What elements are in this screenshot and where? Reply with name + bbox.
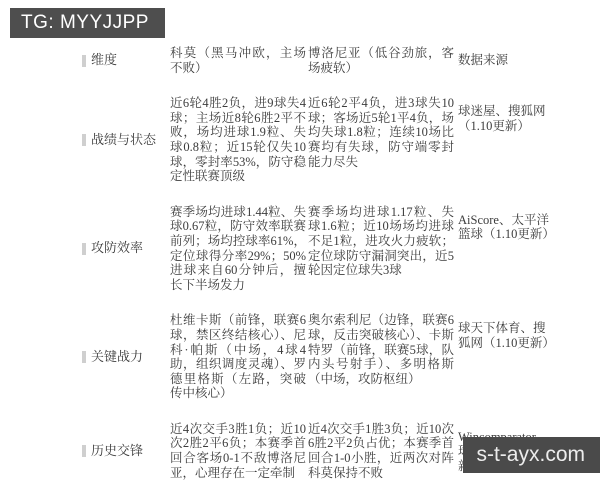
row-label-text: 战绩与状态 [91,133,156,148]
row-marker [82,445,86,457]
column-header-source: 数据来源 [456,53,550,68]
row-marker [82,351,86,363]
cell-source-record-form: 球迷屋、搜狐网（1.10更新） [456,96,550,184]
row-marker [82,55,86,67]
column-header-dimension: 维度 [82,53,168,68]
row-label-attack-defense: 攻防效率 [82,241,168,256]
row-label-text: 关键战力 [91,350,143,365]
comparison-table: 维度 科莫（黑马冲欧，主场不败） 博洛尼亚（低谷劲旅，客场疲软） 数据来源 战绩… [82,46,548,480]
cell-source-attack-defense: AiScore、太平洋篮球（1.10更新） [456,205,550,293]
column-header-como: 科莫（黑马冲欧，主场不败） [170,46,306,75]
cell-bologna-attack-defense: 赛季场均进球1.17粒、失球1.6粒；近10场场均进球不足1粒，进攻火力疲软；定… [308,205,454,293]
column-header-bologna: 博洛尼亚（低谷劲旅，客场疲软） [308,46,454,75]
watermark-text: s-t-ayx.com [476,443,585,467]
tg-badge: TG: MYYJJPP [10,8,165,38]
row-marker [82,243,86,255]
row-label-text: 攻防效率 [91,241,143,256]
row-label-record-form: 战绩与状态 [82,133,168,148]
cell-como-record-form: 近6轮4胜2负，进9球失4球；主场近8轮6胜2平不败，场均进球1.9粒、失球0.… [170,96,306,184]
page: { "badge": { "text": "TG: MYYJJPP" }, "w… [0,0,600,480]
cell-como-key-players: 杜维卡斯（前锋，联赛6球，禁区终结核心）、尼科·帕斯（中场，4球4助，组织调度灵… [170,313,306,401]
cell-bologna-key-players: 奥尔索利尼（边锋，联赛6球，反击突破核心）、卡斯特罗（前锋，联赛5球，队内头号射… [308,313,454,401]
cell-source-key-players: 球天下体育、搜狐网（1.10更新） [456,313,550,401]
column-header-dimension-label: 维度 [91,53,117,68]
cell-bologna-head-to-head: 近4次交手1胜3负；近10次6胜2平2负占优；本赛季首回合1-0小胜，近两次对阵… [308,422,454,480]
row-label-head-to-head: 历史交锋 [82,444,168,459]
cell-como-head-to-head: 近4次交手3胜1负；近10次2胜2平6负；本赛季首回合客场0-1不敌博洛尼亚，心… [170,422,306,480]
watermark-badge: s-t-ayx.com [463,437,600,473]
cell-bologna-record-form: 近6轮2平4负，进3球失10球；客场近5轮1平4负，场均失球1.8粒；连续10场… [308,96,454,184]
row-label-text: 历史交锋 [91,444,143,459]
cell-como-attack-defense: 赛季场均进球1.44粒、失球0.67粒，防守效率联赛前列；场均控球率61%，定位… [170,205,306,293]
row-marker [82,134,86,146]
tg-badge-text: TG: MYYJJPP [21,12,149,34]
row-label-key-players: 关键战力 [82,350,168,365]
